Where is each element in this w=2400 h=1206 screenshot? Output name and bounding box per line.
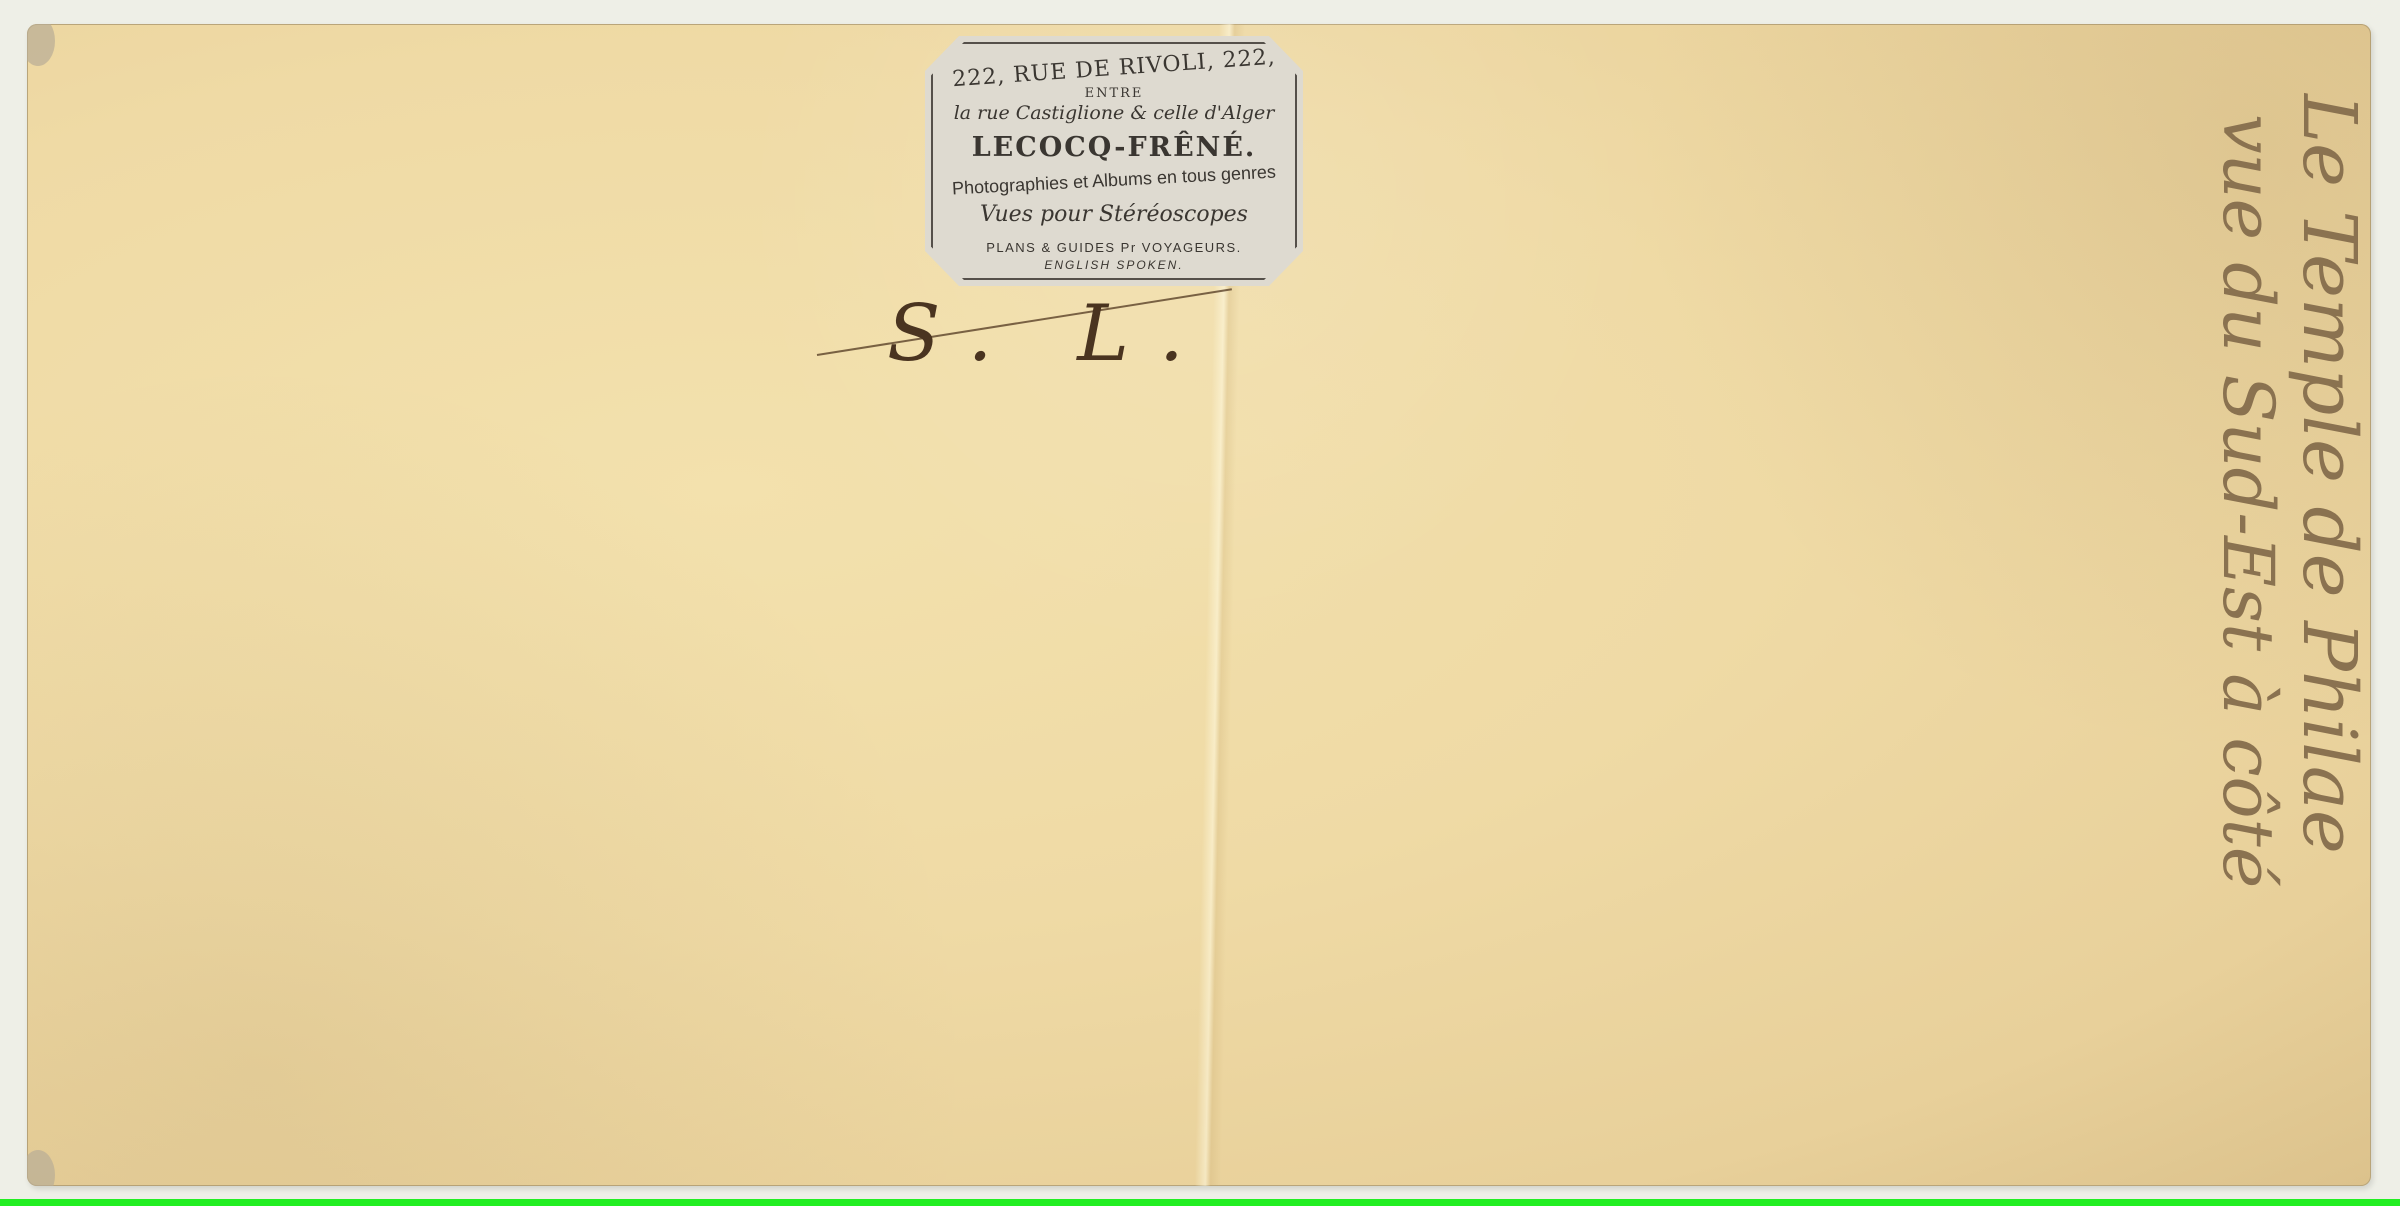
worn-corner-bottom-left (27, 1150, 55, 1186)
handwritten-title-line-2: vue du Sud-Est à côté (2207, 114, 2289, 888)
label-entre: ENTRE (925, 86, 1303, 101)
stereoview-card-back: 222, RUE DE RIVOLI, 222, ENTRE la rue Ca… (27, 24, 2371, 1186)
handwritten-title-line-1: Le Temple de Philae (2286, 94, 2371, 854)
worn-corner-top-left (27, 24, 55, 66)
handwritten-initials: S. L. (887, 289, 1214, 379)
label-plans: PLANS & GUIDES Pr VOYAGEURS. (925, 240, 1303, 255)
label-english-spoken: ENGLISH SPOKEN. (925, 258, 1303, 272)
bottom-strip (0, 1199, 2400, 1206)
label-views: Vues pour Stéréoscopes (925, 202, 1303, 227)
photographer-label: 222, RUE DE RIVOLI, 222, ENTRE la rue Ca… (925, 36, 1303, 286)
label-street: la rue Castiglione & celle d'Alger (925, 102, 1303, 124)
label-photographer-name: LECOCQ-FRÊNÉ. (925, 132, 1303, 163)
